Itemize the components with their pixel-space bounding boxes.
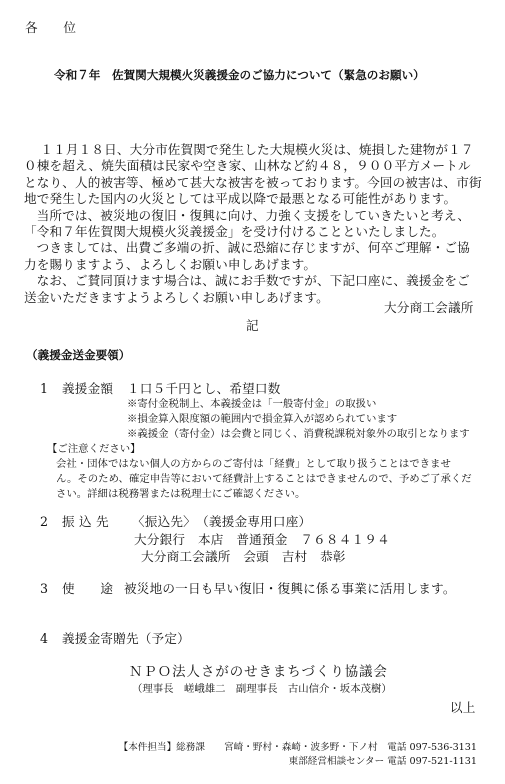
- closing: 以上: [450, 700, 476, 716]
- body-paragraph-2: 当所では、被災地の復旧・復興に向け、力強く支援をしていきたいと考え、「令和７年佐…: [24, 208, 482, 241]
- ki-marker: 記: [246, 318, 259, 334]
- item2-value: 〈振込先〉 （義援金専用口座）: [132, 514, 311, 530]
- caution-line-3: さい。詳細は税務署または税理士にご確認ください。: [56, 487, 305, 501]
- caution-line-1: 会社・団体ではない個人の方からのご寄付は「経費」として取り扱うことはできませ: [56, 457, 451, 471]
- item3-number: 3: [40, 581, 48, 597]
- caution-heading: 【ご注意ください】: [47, 442, 141, 456]
- item3-label: 使 途: [62, 581, 113, 597]
- caution-line-2: ん。そのため、確定申告等において経費計上することはできませんので、予めご了承くだ: [56, 472, 472, 486]
- contact-line-2: 東部経営相談センター 電話 097-521-1131: [289, 755, 477, 768]
- bank-account-line: 大分銀行 本店 普通預金 ７６８４１９４: [134, 532, 390, 548]
- addressee: 各 位: [25, 20, 76, 36]
- sender-name: 大分商工会議所: [384, 300, 474, 316]
- item1-note-2: ※損金算入限度額の範囲内で損金算入が認められています: [127, 412, 397, 426]
- item4-number: 4: [40, 631, 48, 647]
- recipient-officers: （理事長 嵯峨雄二 副理事長 古山信介・坂本茂樹）: [132, 682, 392, 696]
- item3-value: 被災地の一日も早い復旧・復興に係る事業に活用します。: [124, 581, 456, 597]
- recipient-org: ＮＰＯ法人さがのせきまちづくり協議会: [129, 664, 388, 681]
- item2-number: 2: [40, 514, 48, 530]
- item4-label: 義援金寄贈先（予定）: [62, 631, 190, 647]
- item1-value: １口５千円とし、希望口数: [127, 381, 281, 397]
- page-title: 令和７年 佐賀関大規模火災義援金のご協力について（緊急のお願い）: [54, 67, 425, 83]
- section-heading: （義援金送金要領）: [26, 347, 130, 363]
- item2-label: 振 込 先: [62, 514, 109, 530]
- account-holder-line: 大分商工会議所 会頭 吉村 恭彰: [141, 549, 346, 565]
- body-paragraph-1: １１月１８日、大分市佐賀関で発生した大規模火災は、焼損した建物が１７０棟を超え、…: [24, 142, 482, 208]
- item1-note-1: ※寄付金税制上、本義援金は「一般寄付金」の取扱い: [127, 397, 376, 411]
- item1-number: 1: [40, 381, 48, 397]
- item1-label: 義援金額: [62, 381, 113, 397]
- body-paragraph-3: つきましては、出費ご多端の折、誠に恐縮に存じますが、何卒ご理解・ご協力を賜ります…: [24, 240, 482, 273]
- item1-note-3: ※義援金（寄付金）は会費と同じく、消費税課税対象外の取引となります: [127, 427, 470, 441]
- body-text: １１月１８日、大分市佐賀関で発生した大規模火災は、焼損した建物が１７０棟を超え、…: [24, 142, 482, 306]
- contact-line-1: 【本件担当】総務課 宮崎・野村・森崎・波多野・下ノ村 電話 097-536-31…: [119, 741, 477, 754]
